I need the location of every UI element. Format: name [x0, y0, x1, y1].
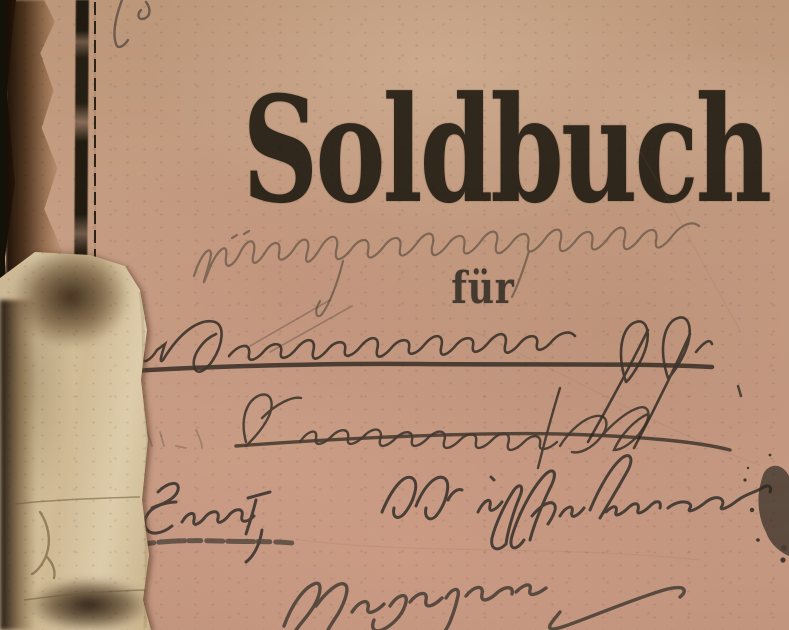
soldbuch-title: Soldbuch	[242, 78, 717, 224]
burn-mark-bottom	[28, 578, 150, 630]
fuer-label: für	[434, 267, 532, 311]
scanned-soldbuch-cover: Soldbuch für	[0, 0, 789, 630]
